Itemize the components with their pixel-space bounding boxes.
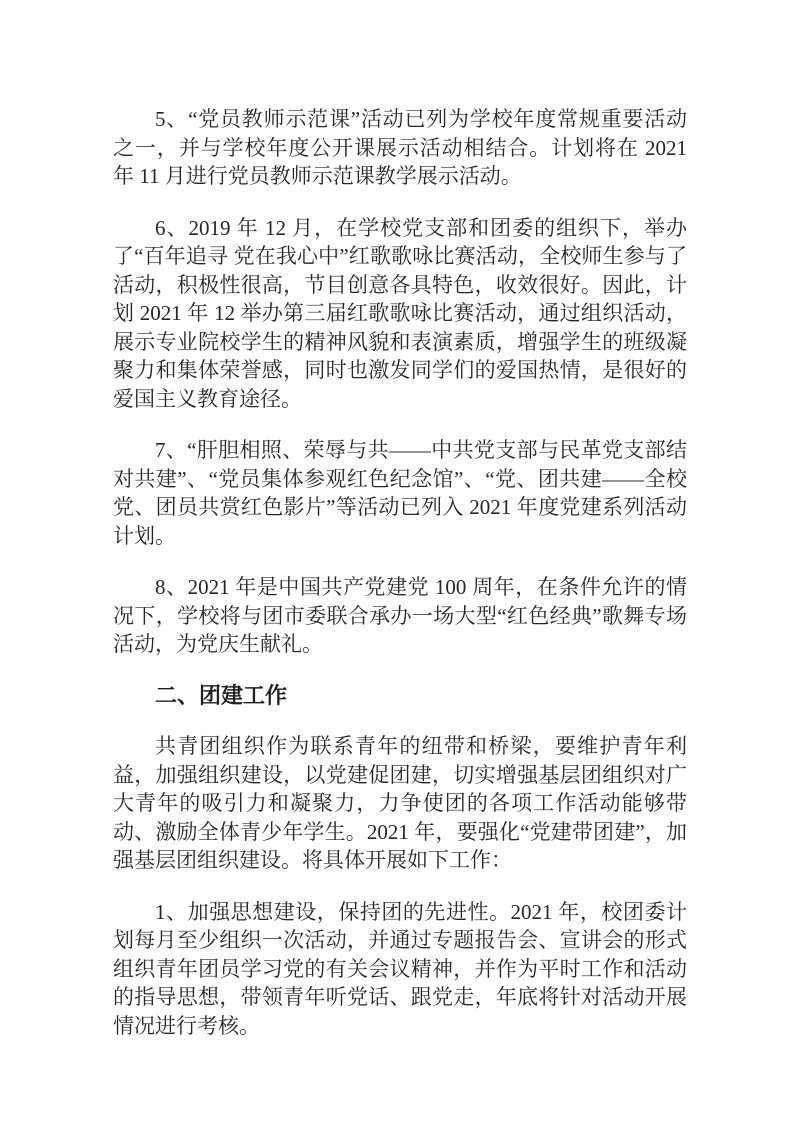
paragraph-item-8-centenary-gala: 8、2021 年是中国共产党建党 100 周年，在条件允许的情况下，学校将与团市… [113, 573, 687, 659]
paragraph-item-7-joint-activities: 7、“肝胆相照、荣辱与共——中共党支部与民革党支部结对共建”、“党员集体参观红色… [113, 436, 687, 550]
paragraph-item-1-ideological-building: 1、加强思想建设，保持团的先进性。2021 年，校团委计划每月至少组织一次活动，… [113, 898, 687, 1041]
paragraph-item-5-demo-lesson: 5、“党员教师示范课”活动已列为学校年度常规重要活动之一，并与学校年度公开课展示… [113, 105, 687, 191]
paragraph-item-6-red-song-contest: 6、2019 年 12 月，在学校党支部和团委的组织下，举办了“百年追寻 党在我… [113, 214, 687, 414]
paragraph-league-intro: 共青团组织作为联系青年的纽带和桥梁，要维护青年利益，加强组织建设，以党建促团建，… [113, 732, 687, 875]
document-page: 5、“党员教师示范课”活动已列为学校年度常规重要活动之一，并与学校年度公开课展示… [0, 0, 800, 1131]
section-heading-league-work: 二、团建工作 [113, 682, 687, 711]
document-body: 5、“党员教师示范课”活动已列为学校年度常规重要活动之一，并与学校年度公开课展示… [113, 105, 687, 1063]
